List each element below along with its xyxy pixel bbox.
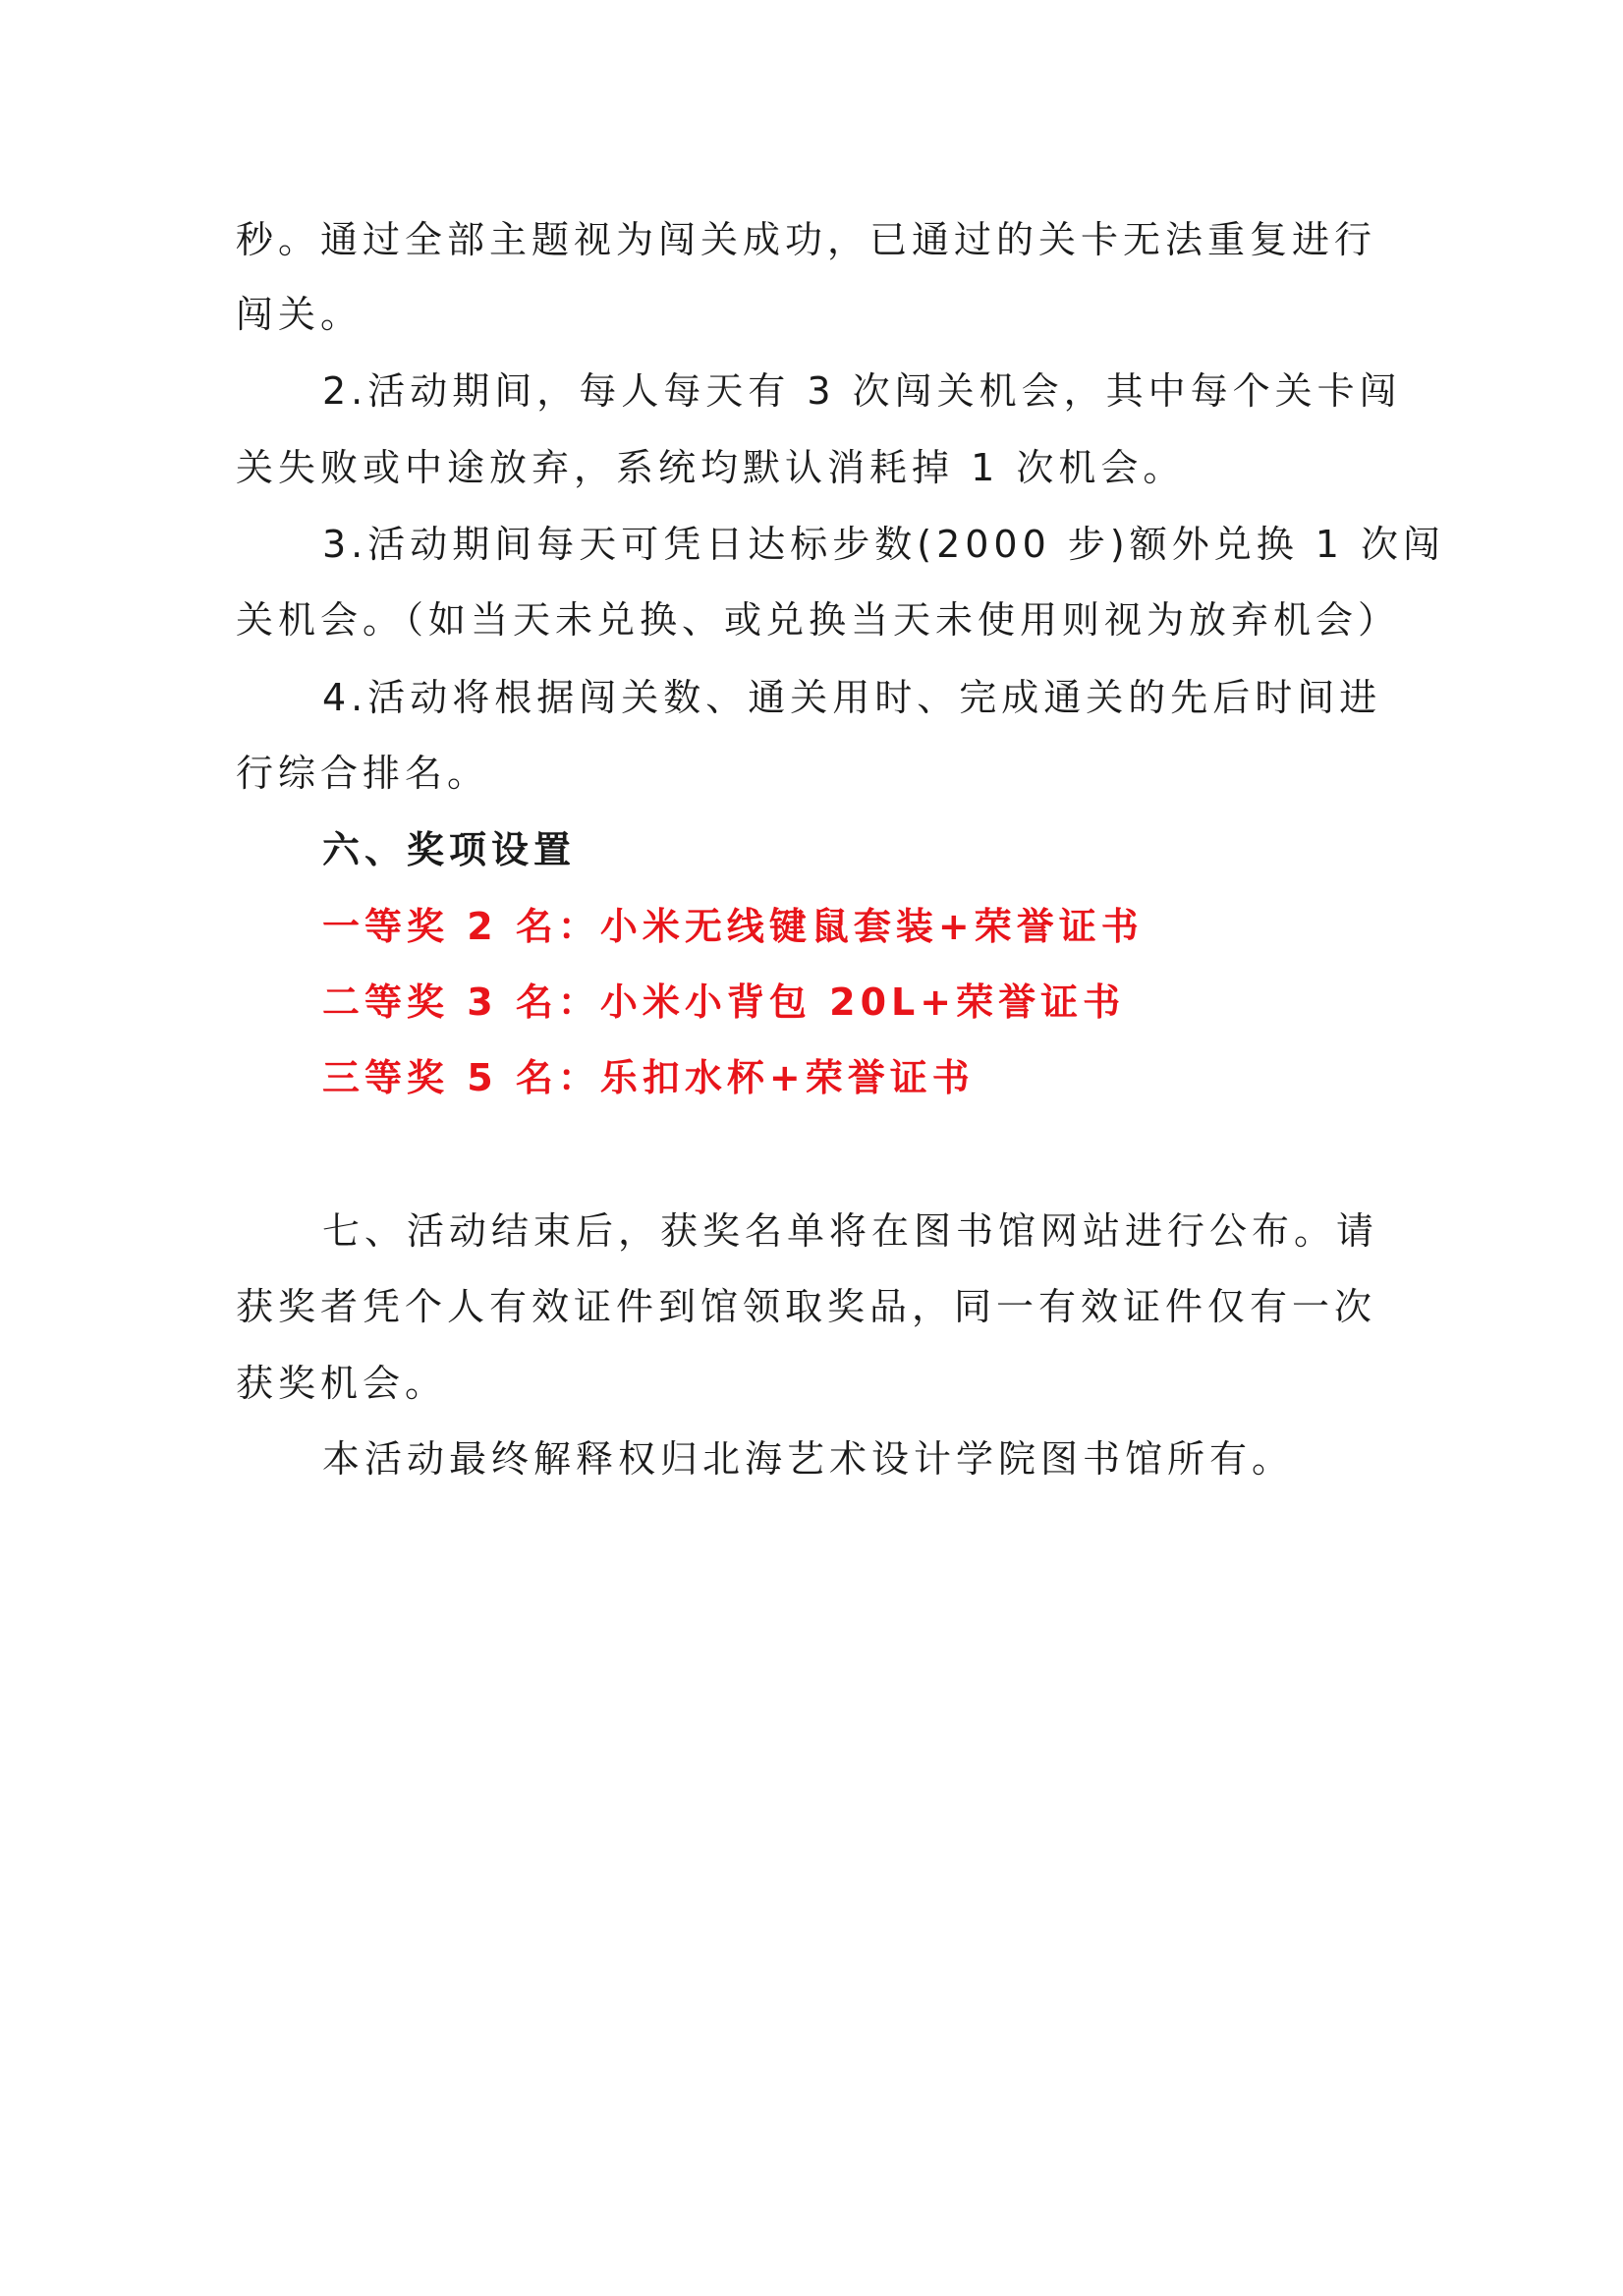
section-seven-line-1: 七、活动结束后，获奖名单将在图书馆网站进行公布。请 <box>322 1207 1491 1255</box>
paragraph-4-line-1: 4.活动将根据闯关数、通关用时、完成通关的先后时间进 <box>322 674 1491 721</box>
paragraph-1-line-2: 闯关。 <box>236 291 1405 338</box>
section-six-heading: 六、奖项设置 <box>322 826 1491 873</box>
paragraph-2-line-2: 关失败或中途放弃，系统均默认消耗掉 1 次机会。 <box>236 444 1405 491</box>
prize-first: 一等奖 2 名：小米无线键鼠套装+荣誉证书 <box>322 903 1491 950</box>
section-seven-line-2: 获奖者凭个人有效证件到馆领取奖品，同一有效证件仅有一次 <box>236 1283 1405 1330</box>
paragraph-4-line-2: 行综合排名。 <box>236 750 1405 797</box>
paragraph-3-line-2: 关机会。（如当天未兑换、或兑换当天未使用则视为放弃机会） <box>236 596 1405 644</box>
paragraph-1-line-1: 秒。通过全部主题视为闯关成功，已通过的关卡无法重复进行 <box>236 216 1405 263</box>
paragraph-3-line-1: 3.活动期间每天可凭日达标步数(2000 步)额外兑换 1 次闯 <box>322 521 1491 568</box>
document-page: 秒。通过全部主题视为闯关成功，已通过的关卡无法重复进行 闯关。 2.活动期间，每… <box>0 0 1623 2296</box>
section-seven-line-3: 获奖机会。 <box>236 1360 1405 1407</box>
prize-second: 二等奖 3 名：小米小背包 20L+荣誉证书 <box>322 979 1491 1026</box>
closing-statement: 本活动最终解释权归北海艺术设计学院图书馆所有。 <box>322 1435 1491 1483</box>
paragraph-2-line-1: 2.活动期间，每人每天有 3 次闯关机会，其中每个关卡闯 <box>322 367 1491 415</box>
prize-third: 三等奖 5 名：乐扣水杯+荣誉证书 <box>322 1054 1491 1101</box>
